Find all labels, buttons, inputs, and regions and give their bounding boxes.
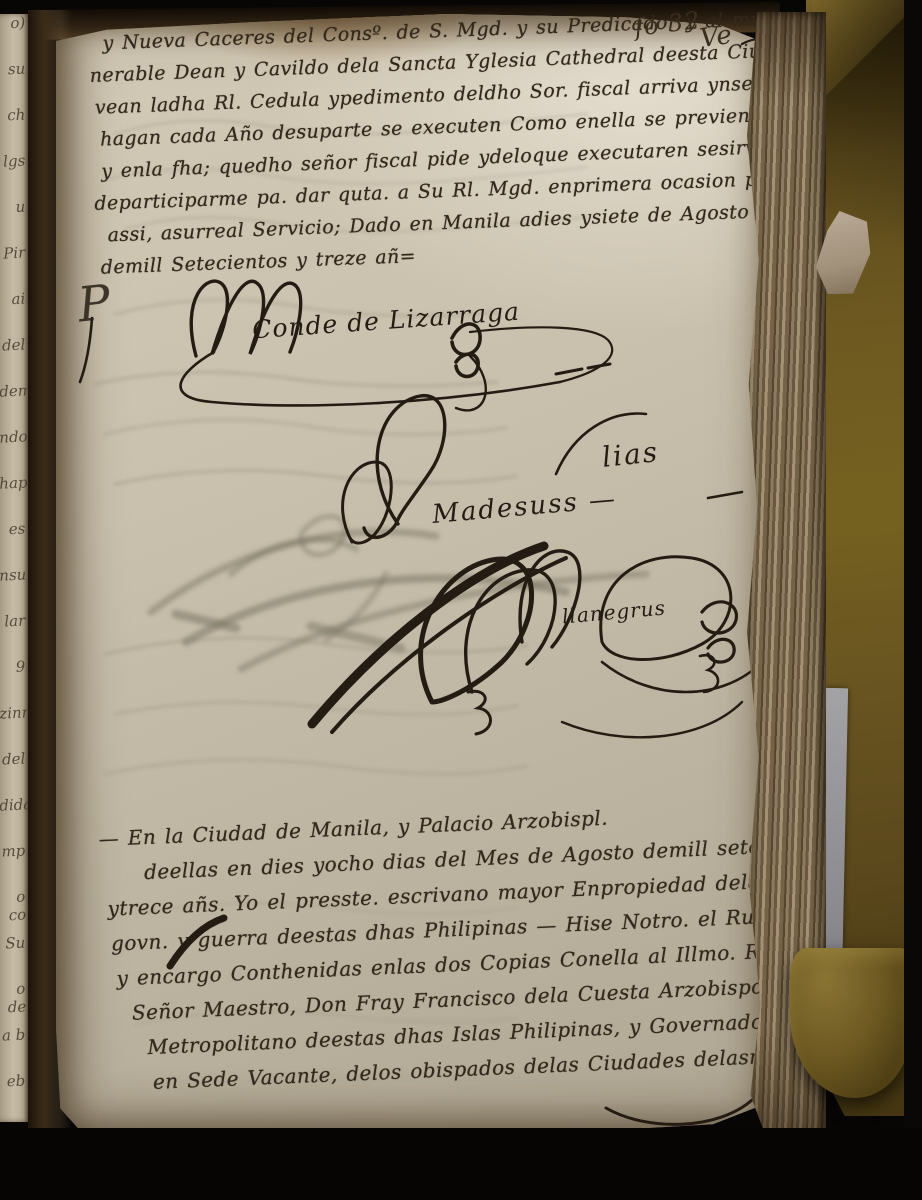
left-strip-text-fragment: zinn — [0, 703, 30, 751]
left-strip-text-fragment: Su — [0, 933, 30, 981]
decree-text-block: y Nueva Caceres del Consº. de S. Mgd. y … — [88, 2, 797, 283]
notary-text-block: — En la Ciudad de Manila, y Palacio Arzo… — [98, 793, 809, 1102]
previous-page-strip: o)suchlgsuPiraideldemndoshapesnsular9zin… — [0, 14, 30, 1122]
left-strip-text-fragment: u — [0, 197, 30, 245]
left-strip-text-fragment: o) — [0, 14, 30, 61]
left-strip-text-fragment: ch — [0, 105, 30, 153]
left-strip-text-fragment: eb — [0, 1071, 30, 1119]
left-strip-text-fragment: Pir — [0, 243, 30, 291]
left-strip-text-fragment: mp — [0, 841, 30, 889]
left-strip-text-fragment: dem — [0, 381, 30, 429]
left-strip-text-fragment: a b — [0, 1025, 30, 1073]
left-strip-text-fragment: hap — [0, 473, 30, 521]
photo-of-manuscript: o)suchlgsuPiraideldemndoshapesnsular9zin… — [0, 0, 922, 1200]
left-strip-text-fragment: su — [0, 59, 30, 107]
left-strip-text-fragment: del — [0, 335, 30, 383]
left-strip-text-fragment: o co — [0, 887, 30, 935]
left-strip-text-fragment: del — [0, 749, 30, 797]
left-strip-text-fragment: es — [0, 519, 30, 567]
left-strip-text-fragment: ndos — [0, 427, 30, 475]
left-strip-text-fragment: dida — [0, 795, 30, 843]
left-strip-text-fragment: ai — [0, 289, 30, 337]
left-strip-text-fragment: lar — [0, 611, 30, 659]
left-strip-text-fragment: nsu — [0, 565, 30, 613]
background-bottom — [0, 1128, 922, 1200]
catchword: Ve — [698, 20, 734, 54]
background-right — [904, 0, 922, 1200]
left-strip-text-fragment: 9 — [0, 657, 30, 705]
left-strip-text-fragment: o de — [0, 979, 30, 1027]
margin-mark-p: P — [75, 274, 113, 333]
left-strip-text-fragment: lgs — [0, 151, 30, 199]
